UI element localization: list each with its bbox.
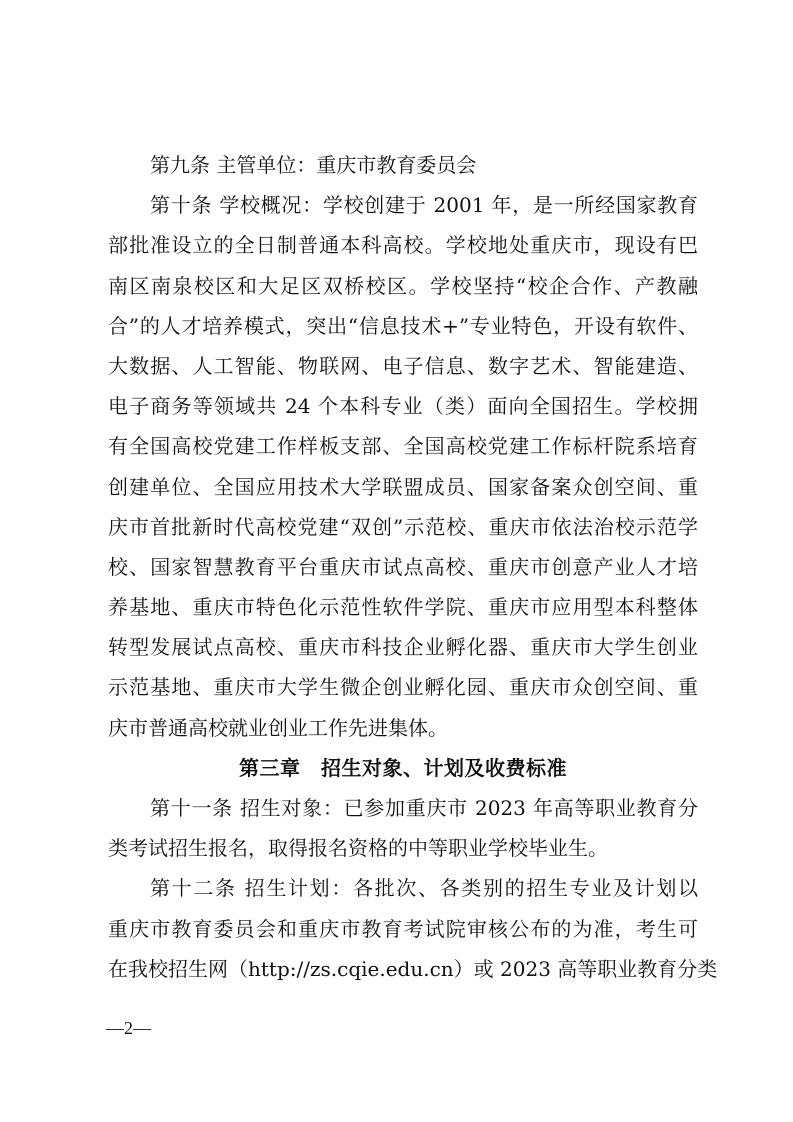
- article-10-line: 电子商务等领域共 24 个本科专业（类）面向全国招生。学校拥: [108, 386, 698, 426]
- document-body: 第九条 主管单位：重庆市教育委员会 第十条 学校概况：学校创建于 2001 年，…: [108, 145, 698, 989]
- article-10-line: 第十条 学校概况：学校创建于 2001 年，是一所经国家教育: [108, 185, 698, 225]
- article-10-line: 部批准设立的全日制普通本科高校。学校地处重庆市，现设有巴: [108, 225, 698, 265]
- article-10-line: 有全国高校党建工作样板支部、全国高校党建工作标杆院系培育: [108, 426, 698, 466]
- article-12-line: 第十二条 招生计划：各批次、各类别的招生专业及计划以: [108, 868, 698, 908]
- article-10-line: 养基地、重庆市特色化示范性软件学院、重庆市应用型本科整体: [108, 587, 698, 627]
- document-page: 第九条 主管单位：重庆市教育委员会 第十条 学校概况：学校创建于 2001 年，…: [0, 0, 793, 1122]
- article-10-line: 大数据、人工智能、物联网、电子信息、数字艺术、智能建造、: [108, 346, 698, 386]
- article-9-line: 第九条 主管单位：重庆市教育委员会: [108, 145, 698, 185]
- article-10-line: 转型发展试点高校、重庆市科技企业孵化器、重庆市大学生创业: [108, 627, 698, 667]
- article-10-line: 南区南泉校区和大足区双桥校区。学校坚持“校企合作、产教融: [108, 266, 698, 306]
- article-12-line: 在我校招生网（http://zs.cqie.edu.cn）或 2023 高等职业…: [108, 949, 698, 989]
- page-number: —2—: [106, 1018, 151, 1039]
- chapter-heading: 第三章 招生对象、计划及收费标准: [108, 748, 698, 788]
- article-11-line: 第十一条 招生对象：已参加重庆市 2023 年高等职业教育分: [108, 788, 698, 828]
- article-10-line: 示范基地、重庆市大学生微企创业孵化园、重庆市众创空间、重: [108, 667, 698, 707]
- article-11-line: 类考试招生报名，取得报名资格的中等职业学校毕业生。: [108, 828, 698, 868]
- article-10-line: 庆市普通高校就业创业工作先进集体。: [108, 708, 698, 748]
- article-10-line: 庆市首批新时代高校党建“双创”示范校、重庆市依法治校示范学: [108, 507, 698, 547]
- article-10-line: 校、国家智慧教育平台重庆市试点高校、重庆市创意产业人才培: [108, 547, 698, 587]
- article-10-line: 创建单位、全国应用技术大学联盟成员、国家备案众创空间、重: [108, 467, 698, 507]
- article-10-line: 合”的人才培养模式，突出“信息技术+”专业特色，开设有软件、: [108, 306, 698, 346]
- article-12-line: 重庆市教育委员会和重庆市教育考试院审核公布的为准，考生可: [108, 909, 698, 949]
